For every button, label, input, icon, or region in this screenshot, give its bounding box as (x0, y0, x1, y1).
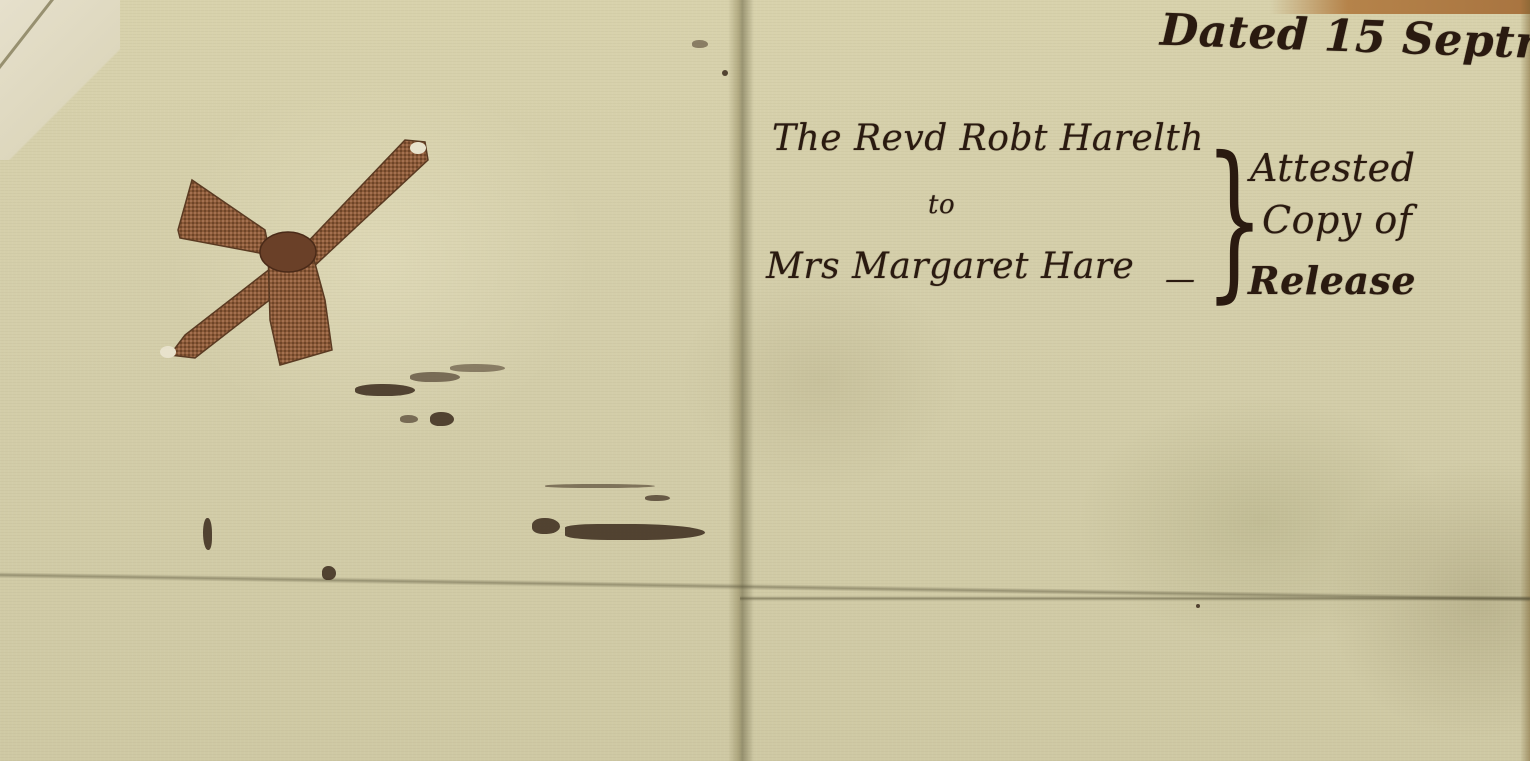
document-paper (0, 0, 1530, 761)
ink-stain (532, 518, 560, 534)
ink-stain (645, 495, 670, 501)
dash-mark: — (1165, 262, 1196, 297)
ribbon-bow-icon (150, 120, 450, 380)
connector-to: to (928, 190, 955, 220)
ink-stain (322, 566, 336, 580)
ink-stain (565, 524, 705, 540)
paper-right-edge-shadow (1520, 0, 1530, 761)
curly-brace: } (1205, 140, 1222, 300)
vertical-center-fold (728, 0, 754, 761)
ink-stain (450, 364, 505, 372)
grantor-name: The Revd Robt Harelth (772, 118, 1204, 159)
description-line-copy-of: Copy of (1262, 198, 1412, 242)
ink-stain (203, 518, 212, 550)
ink-stain (400, 415, 418, 423)
folded-paper-flap (0, 0, 120, 160)
ink-stain (355, 384, 415, 396)
ink-stain (430, 412, 454, 426)
description-line-release: Release (1248, 258, 1416, 303)
ink-dot (1196, 604, 1200, 608)
ink-dot (692, 40, 708, 48)
description-line-attested: Attested (1250, 146, 1415, 190)
grantee-name: Mrs Margaret Hare (766, 246, 1134, 287)
ink-dot (722, 70, 728, 76)
ink-stain (545, 484, 655, 488)
horizontal-fold-right (740, 596, 1530, 601)
